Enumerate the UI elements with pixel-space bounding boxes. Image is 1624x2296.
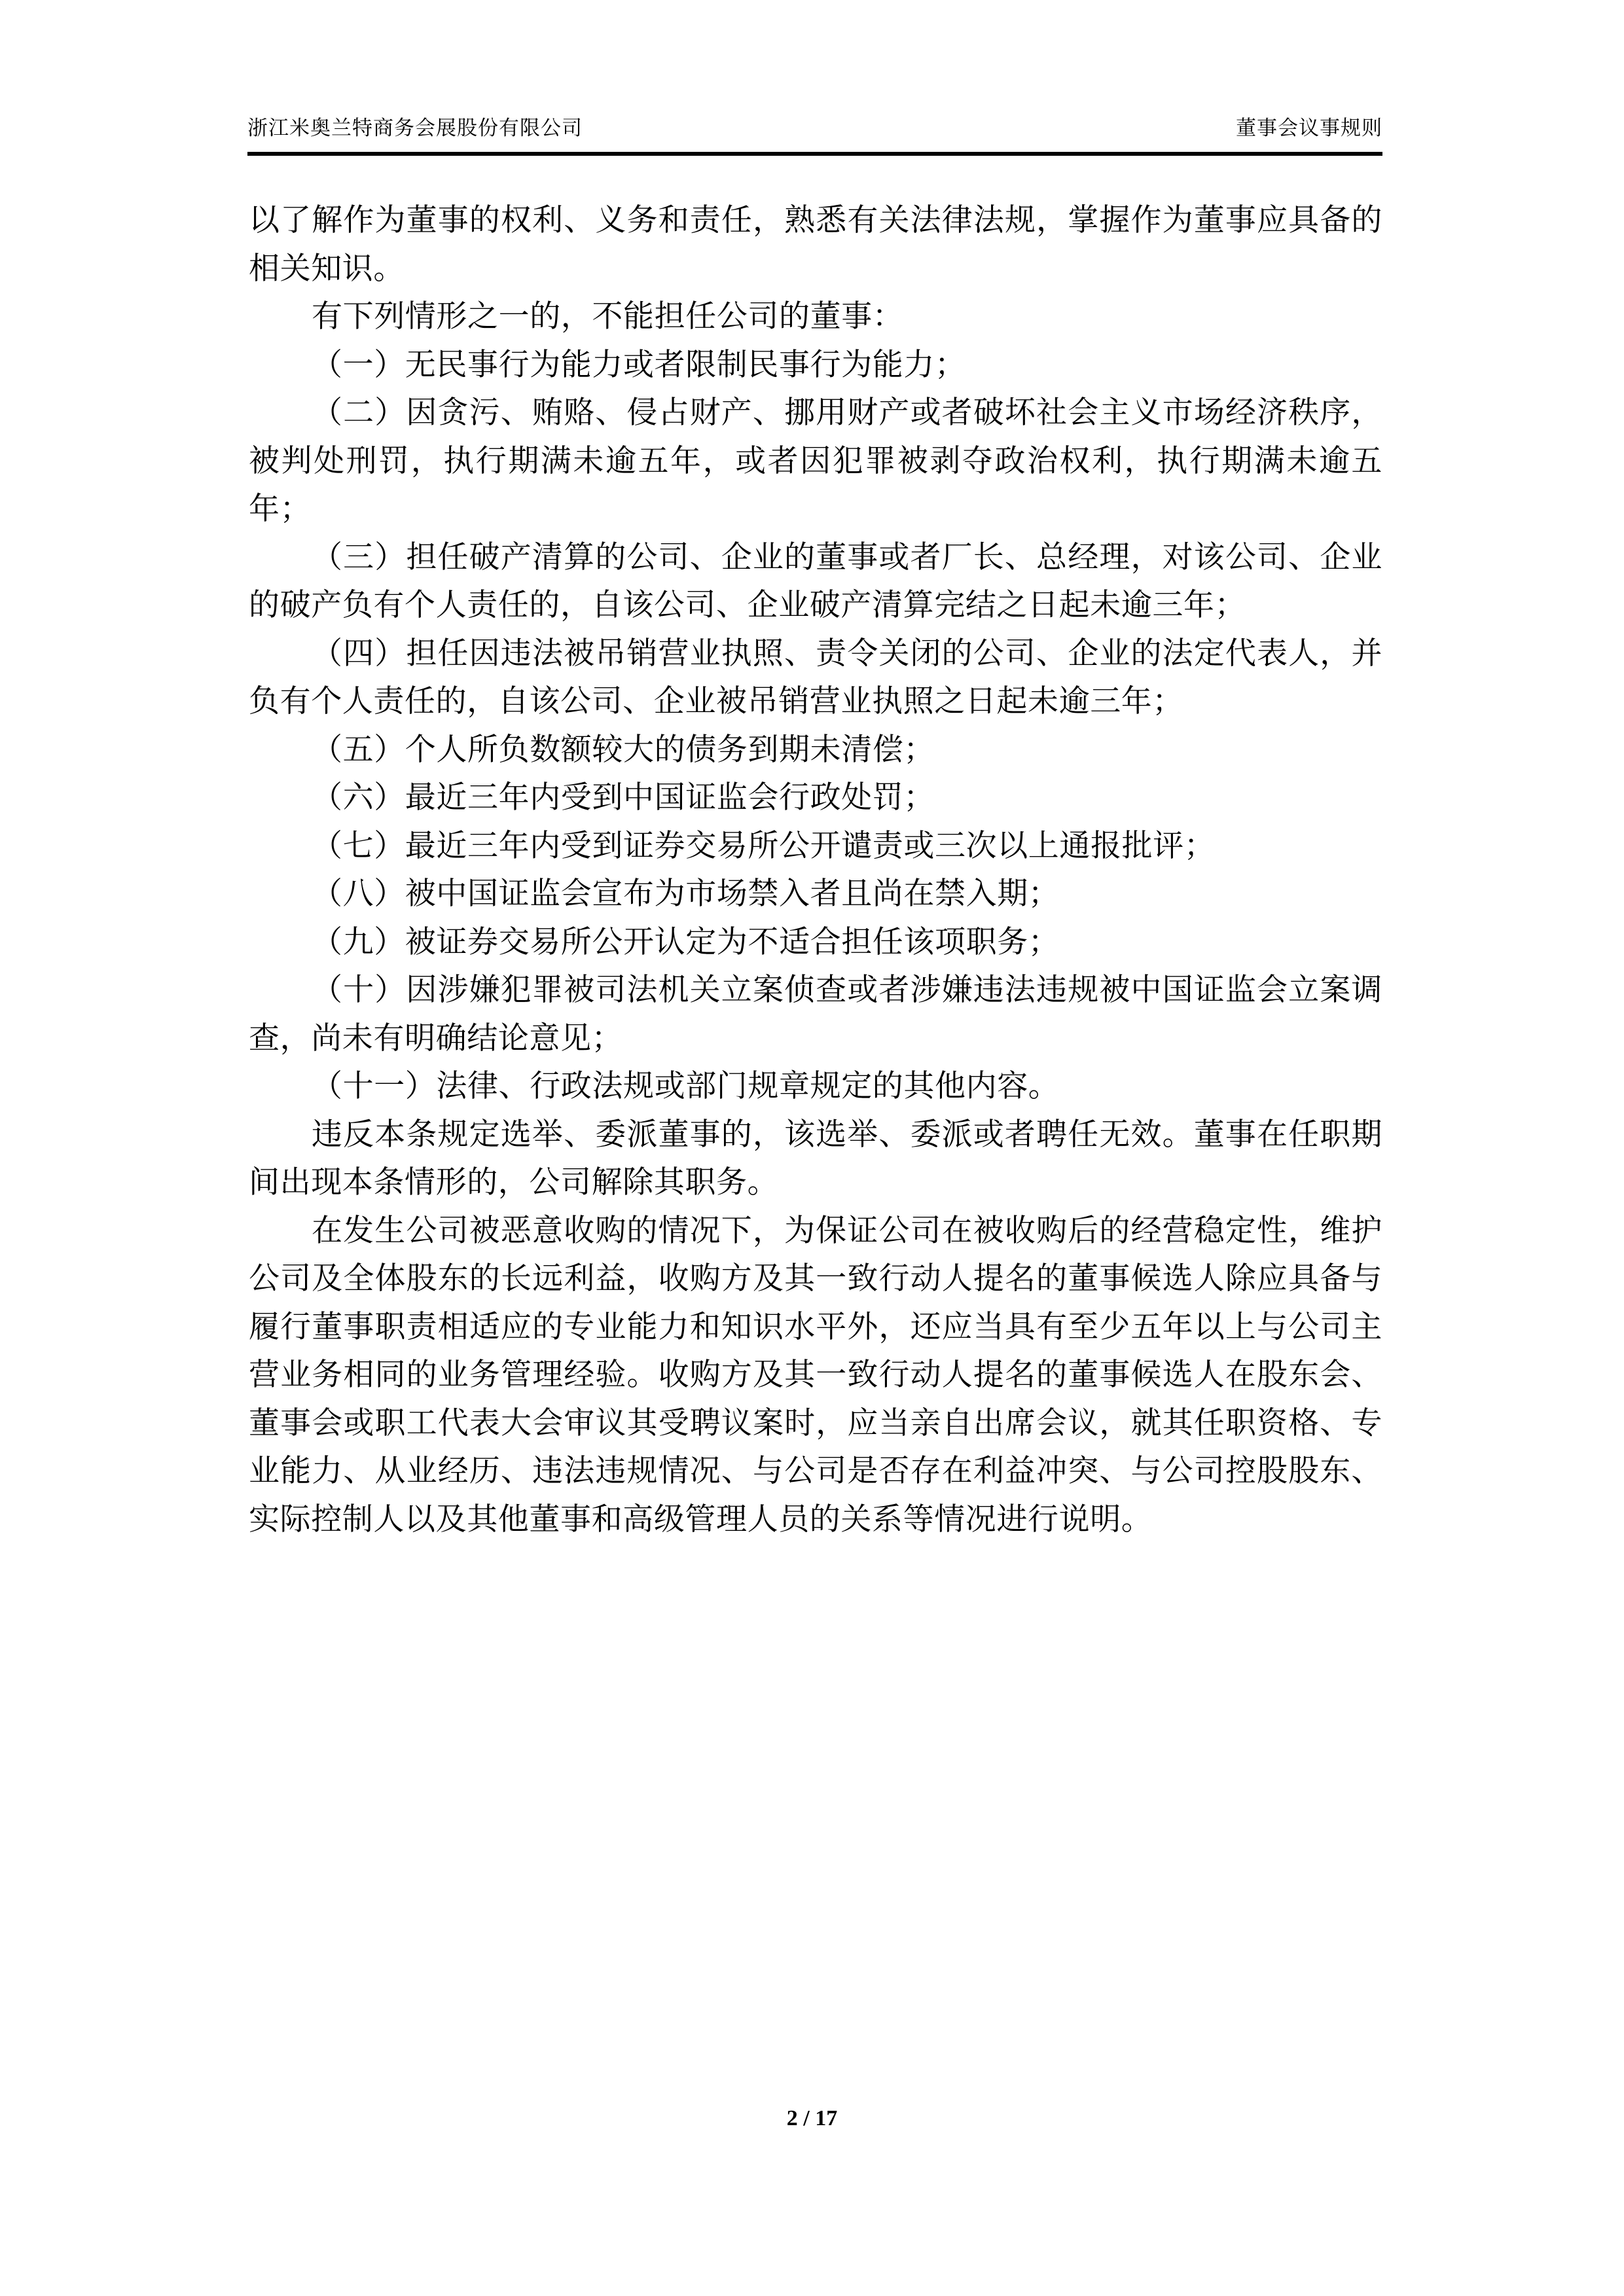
document-title: 董事会议事规则: [1236, 115, 1382, 141]
paragraph-continuation: 以了解作为董事的权利、义务和责任，熟悉有关法律法规，掌握作为董事应具备的相关知识…: [249, 196, 1382, 293]
list-item-4: （四）担任因违法被吊销营业执照、责令关闭的公司、企业的法定代表人，并负有个人责任…: [249, 630, 1382, 726]
page-number: 2 / 17: [0, 2106, 1624, 2131]
document-body: 以了解作为董事的权利、义务和责任，熟悉有关法律法规，掌握作为董事应具备的相关知识…: [249, 196, 1382, 1543]
list-item-7: （七）最近三年内受到证券交易所公开谴责或三次以上通报批评；: [249, 822, 1382, 870]
list-item-8: （八）被中国证监会宣布为市场禁入者且尚在禁入期；: [249, 870, 1382, 918]
page-header: 浙江米奥兰特商务会展股份有限公司 董事会议事规则: [247, 115, 1382, 156]
paragraph-invalid-election: 违反本条规定选举、委派董事的，该选举、委派或者聘任无效。董事在任职期间出现本条情…: [249, 1111, 1382, 1207]
list-item-2: （二）因贪污、贿赂、侵占财产、挪用财产或者破坏社会主义市场经济秩序，被判处刑罚，…: [249, 389, 1382, 533]
list-item-5: （五）个人所负数额较大的债务到期未清偿；: [249, 726, 1382, 774]
company-name: 浙江米奥兰特商务会展股份有限公司: [247, 115, 583, 141]
list-item-3: （三）担任破产清算的公司、企业的董事或者厂长、总经理，对该公司、企业的破产负有个…: [249, 533, 1382, 630]
paragraph-disqualification-intro: 有下列情形之一的，不能担任公司的董事：: [249, 293, 1382, 341]
paragraph-hostile-takeover: 在发生公司被恶意收购的情况下，为保证公司在被收购后的经营稳定性，维护公司及全体股…: [249, 1207, 1382, 1544]
list-item-11: （十一）法律、行政法规或部门规章规定的其他内容。: [249, 1062, 1382, 1111]
list-item-9: （九）被证券交易所公开认定为不适合担任该项职务；: [249, 918, 1382, 967]
list-item-1: （一）无民事行为能力或者限制民事行为能力；: [249, 341, 1382, 389]
list-item-6: （六）最近三年内受到中国证监会行政处罚；: [249, 774, 1382, 822]
list-item-10: （十）因涉嫌犯罪被司法机关立案侦查或者涉嫌违法违规被中国证监会立案调查，尚未有明…: [249, 966, 1382, 1062]
